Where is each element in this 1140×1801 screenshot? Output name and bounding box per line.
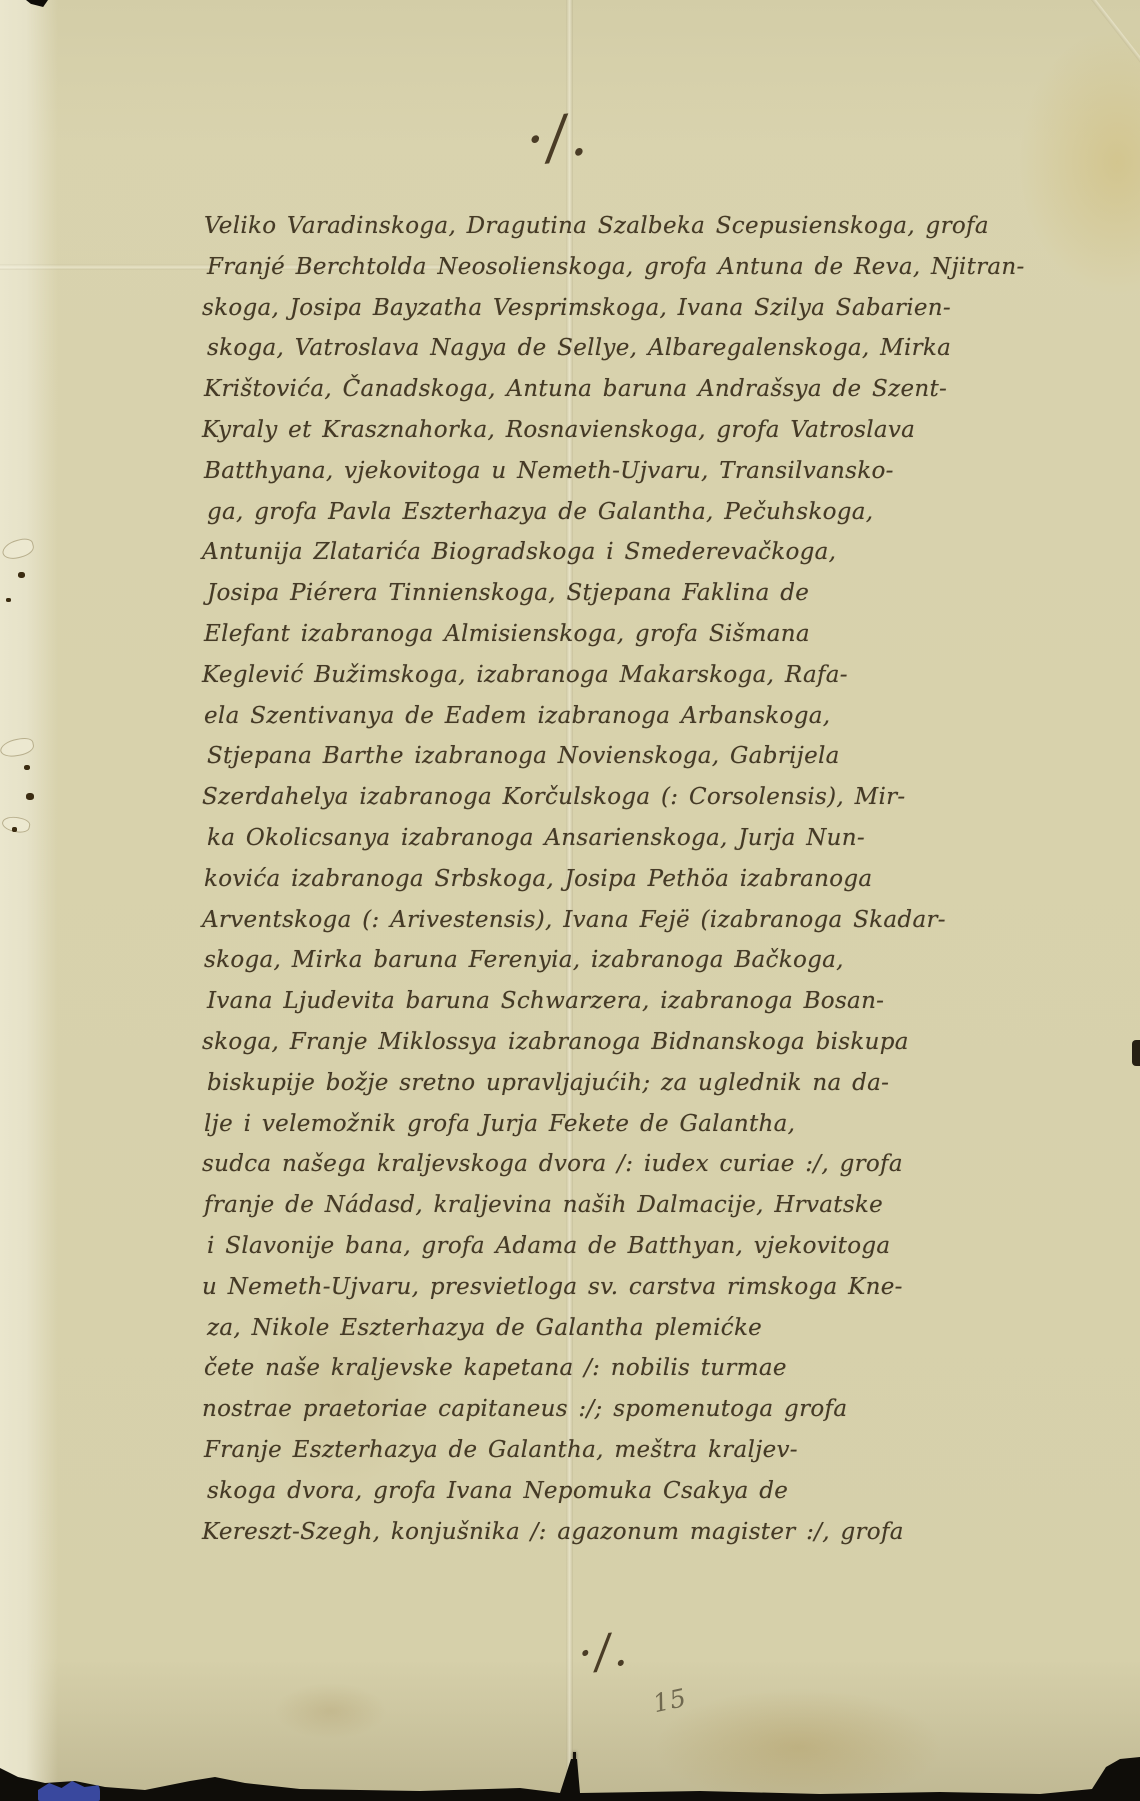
- manuscript-line: sudca našega kraljevskoga dvora /: iudex…: [202, 1144, 1024, 1185]
- manuscript-line: Ivana Ljudevita baruna Schwarzera, izabr…: [207, 981, 1024, 1022]
- scanned-manuscript-page: ·/. Veliko Varadinskoga, Dragutina Szalb…: [0, 0, 1140, 1801]
- manuscript-line: biskupije božje sretno upravljajućih; za…: [207, 1063, 1024, 1104]
- manuscript-line: Krištovića, Čanadskoga, Antuna baruna An…: [204, 369, 1024, 410]
- tear-speck: [18, 572, 25, 578]
- manuscript-line: skoga, Franje Miklossya izabranoga Bidna…: [202, 1022, 1024, 1063]
- manuscript-line: Kyraly et Krasznahorka, Rosnavienskoga, …: [202, 410, 1024, 451]
- pencil-page-number: 15: [650, 1683, 689, 1718]
- manuscript-line: skoga, Mirka baruna Ferenyia, izabranoga…: [204, 940, 1024, 981]
- manuscript-line: skoga, Josipa Bayzatha Vesprimskoga, Iva…: [202, 288, 1024, 329]
- manuscript-text: Veliko Varadinskoga, Dragutina Szalbeka …: [204, 206, 1024, 1552]
- manuscript-line: Franje Eszterhazya de Galantha, meštra k…: [204, 1430, 1024, 1471]
- manuscript-line: ka Okolicsanya izabranoga Ansarienskoga,…: [207, 818, 1024, 859]
- tear-speck: [26, 793, 34, 800]
- manuscript-line: Antunija Zlatarića Biogradskoga i Smeder…: [202, 532, 1024, 573]
- manuscript-line: Keglević Bužimskoga, izabranoga Makarsko…: [202, 655, 1024, 696]
- tear-speck: [12, 827, 17, 832]
- manuscript-line: u Nemeth-Ujvaru, presvietloga sv. carstv…: [202, 1267, 1024, 1308]
- manuscript-line: Franjé Berchtolda Neosolienskoga, grofa …: [207, 247, 1024, 288]
- tear-speck: [24, 765, 30, 770]
- manuscript-line: Kereszt-Szegh, konjušnika /: agazonum ma…: [202, 1512, 1024, 1553]
- manuscript-line: čete naše kraljevske kapetana /: nobilis…: [204, 1348, 1024, 1389]
- paper-curl: [0, 536, 35, 561]
- manuscript-line: franje de Nádasd, kraljevina naših Dalma…: [204, 1185, 1024, 1226]
- manuscript-line: Veliko Varadinskoga, Dragutina Szalbeka …: [204, 206, 1024, 247]
- manuscript-line: skoga dvora, grofa Ivana Nepomuka Csakya…: [207, 1471, 1024, 1512]
- manuscript-line: i Slavonije bana, grofa Adama de Batthya…: [207, 1226, 1024, 1267]
- manuscript-line: nostrae praetoriae capitaneus :/; spomen…: [202, 1389, 1024, 1430]
- scan-background-right-notch: [1132, 1040, 1140, 1066]
- manuscript-line: Stjepana Barthe izabranoga Novienskoga, …: [207, 736, 1024, 777]
- manuscript-line: ga, grofa Pavla Eszterhazya de Galantha,…: [207, 492, 1024, 533]
- manuscript-line: Elefant izabranoga Almisienskoga, grofa …: [204, 614, 1024, 655]
- reference-mark-top: ·/.: [523, 105, 591, 169]
- manuscript-paper: ·/. Veliko Varadinskoga, Dragutina Szalb…: [0, 0, 1140, 1801]
- manuscript-line: Batthyana, vjekovitoga u Nemeth-Ujvaru, …: [204, 451, 1024, 492]
- manuscript-line: skoga, Vatroslava Nagya de Sellye, Albar…: [207, 328, 1024, 369]
- manuscript-line: Szerdahelya izabranoga Korčulskoga (: Co…: [202, 777, 1024, 818]
- tear-speck: [6, 598, 11, 602]
- paper-tear: [0, 735, 44, 845]
- manuscript-line: lje i velemožnik grofa Jurja Fekete de G…: [204, 1104, 1024, 1145]
- manuscript-line: ela Szentivanya de Eadem izabranoga Arba…: [204, 696, 1024, 737]
- scan-background-top-notch: [26, 0, 48, 7]
- paper-tear: [0, 540, 40, 620]
- paper-curl: [0, 736, 35, 759]
- corner-crease: [1069, 0, 1140, 90]
- manuscript-line: Josipa Piérera Tinnienskoga, Stjepana Fa…: [207, 573, 1024, 614]
- manuscript-line: za, Nikole Eszterhazya de Galantha plemi…: [207, 1308, 1024, 1349]
- manuscript-line: kovića izabranoga Srbskoga, Josipa Pethö…: [204, 859, 1024, 900]
- manuscript-line: Arventskoga (: Arivestensis), Ivana Fejë…: [202, 900, 1024, 941]
- reference-mark-bottom: ·/.: [576, 1625, 631, 1676]
